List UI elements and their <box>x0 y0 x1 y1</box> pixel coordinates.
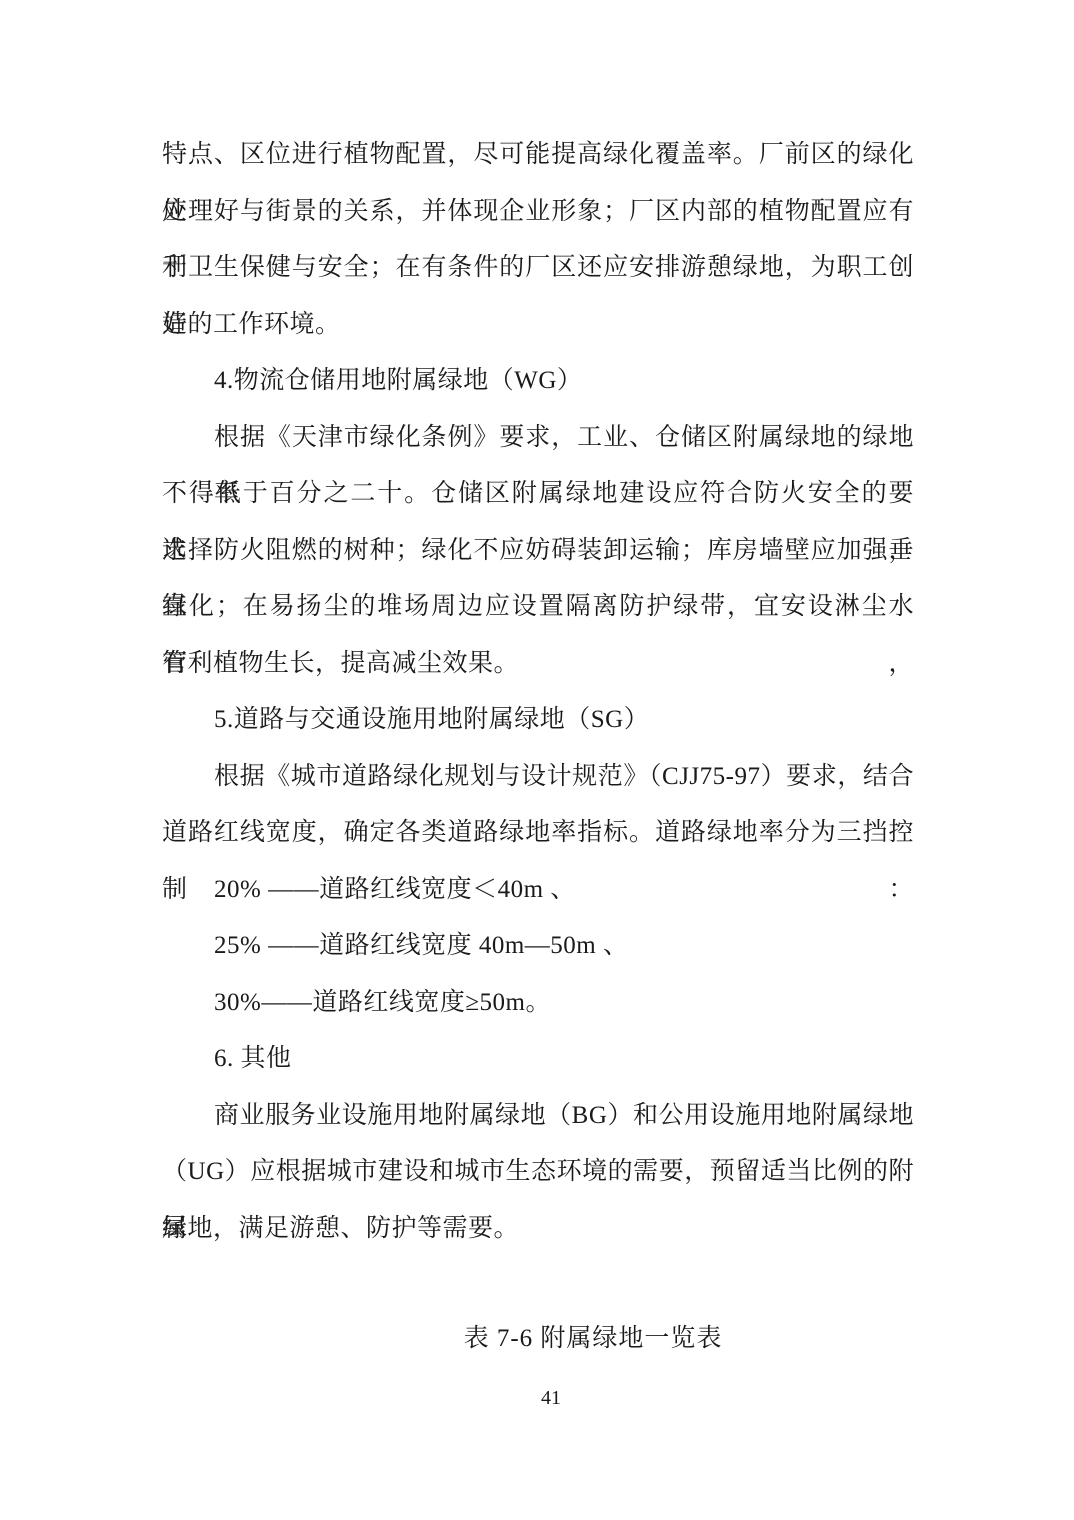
body-text-line: 好的工作环境。 <box>162 297 914 354</box>
body-text-line: 不得低于百分之二十。仓储区附属绿地建设应符合防火安全的要求， <box>162 466 914 523</box>
body-text-line: 5.道路与交通设施用地附属绿地（SG） <box>162 692 914 749</box>
body-text-line: 道路红线宽度，确定各类道路绿地率指标。道路绿地率分为三挡控制： <box>162 805 914 862</box>
body-text-line: 根据《城市道路绿化规划与设计规范》（CJJ75-97）要求，结合 <box>162 749 914 806</box>
body-text-line: 根据《天津市绿化条例》要求，工业、仓储区附属绿地的绿地率 <box>162 410 914 467</box>
body-text-line: （UG）应根据城市建设和城市生态环境的需要，预留适当比例的附属 <box>162 1144 914 1201</box>
body-text-line: 6. 其他 <box>162 1031 914 1088</box>
body-text-line: 于卫生保健与安全；在有条件的厂区还应安排游憩绿地，为职工创造 <box>162 240 914 297</box>
body-text-line: 25% ——道路红线宽度 40m—50m 、 <box>162 918 914 975</box>
body-text-line: 绿地，满足游憩、防护等需要。 <box>162 1201 914 1258</box>
body-text-line: 选择防火阻燃的树种；绿化不应妨碍装卸运输；库房墙壁应加强垂直 <box>162 523 914 580</box>
body-text-line: 商业服务业设施用地附属绿地（BG）和公用设施用地附属绿地 <box>162 1088 914 1145</box>
document-body: 特点、区位进行植物配置，尽可能提高绿化覆盖率。厂前区的绿化应处理好与街景的关系，… <box>162 127 914 1257</box>
body-text-line: 4.物流仓储用地附属绿地（WG） <box>162 353 914 410</box>
table-caption: 表 7-6 附属绿地一览表 <box>162 1311 969 1367</box>
body-text-line: 绿化；在易扬尘的堆场周边应设置隔离防护绿带，宜安设淋尘水管， <box>162 579 914 636</box>
page-number: 41 <box>0 1380 1074 1416</box>
document-page: 特点、区位进行植物配置，尽可能提高绿化覆盖率。厂前区的绿化应处理好与街景的关系，… <box>0 0 1074 1520</box>
body-text-line: 处理好与街景的关系，并体现企业形象；厂区内部的植物配置应有利 <box>162 184 914 241</box>
body-text-line: 特点、区位进行植物配置，尽可能提高绿化覆盖率。厂前区的绿化应 <box>162 127 914 184</box>
body-text-line: 30%——道路红线宽度≥50m。 <box>162 975 914 1032</box>
